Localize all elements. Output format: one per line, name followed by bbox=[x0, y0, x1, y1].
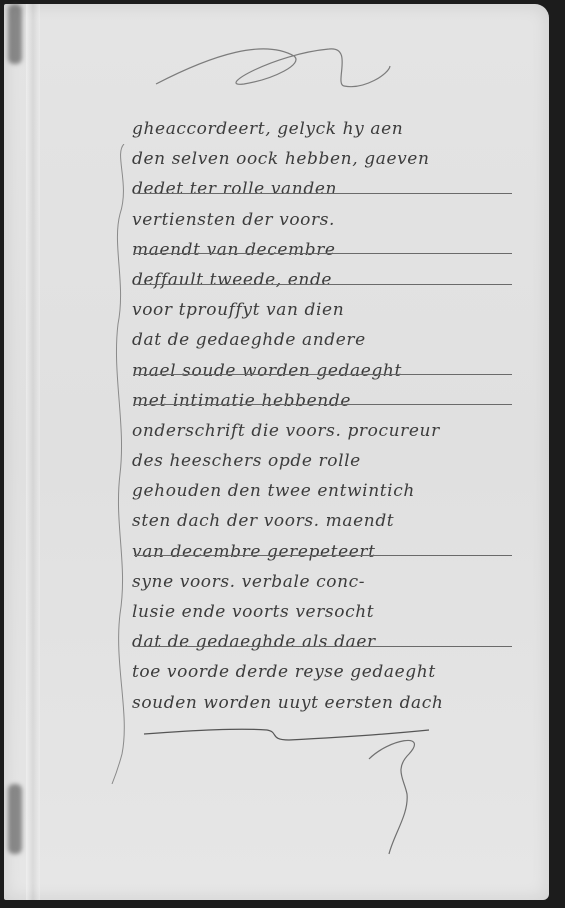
margin-brace-mark bbox=[108, 144, 132, 784]
text-line: lusie ende voorts versocht bbox=[132, 597, 552, 627]
text-line: toe voorde derde reyse gedaeght bbox=[132, 657, 552, 687]
text-line: sten dach der voors. maendt bbox=[132, 506, 552, 536]
top-flourish-mark bbox=[154, 44, 394, 94]
text-line: met intimatie hebbende bbox=[132, 386, 552, 416]
faded-bleedthrough-text bbox=[44, 304, 104, 704]
text-line: maendt van decembre bbox=[132, 235, 552, 265]
paper-sheet: gheaccordeert, gelyck hy aen den selven … bbox=[4, 4, 549, 900]
manuscript-scan: gheaccordeert, gelyck hy aen den selven … bbox=[0, 0, 565, 908]
text-line: onderschrift die voors. procureur bbox=[132, 416, 552, 446]
binding-stain bbox=[8, 784, 22, 854]
text-line: mael soude worden gedaeght bbox=[132, 356, 552, 386]
text-line: des heeschers opde rolle bbox=[132, 446, 552, 476]
binding-stain bbox=[8, 4, 22, 64]
text-line: dat de gedaeghde als daer bbox=[132, 627, 552, 657]
text-line: vertiensten der voors. bbox=[132, 205, 552, 235]
text-line: den selven oock hebben, gaeven bbox=[132, 144, 552, 174]
manuscript-text: gheaccordeert, gelyck hy aen den selven … bbox=[132, 114, 552, 718]
text-line: souden worden uuyt eersten dach bbox=[132, 688, 552, 718]
closing-rule-and-paraph bbox=[139, 724, 439, 874]
text-line: voor tprouffyt van dien bbox=[132, 295, 552, 325]
text-line: dat de gedaeghde andere bbox=[132, 325, 552, 355]
text-line: gheaccordeert, gelyck hy aen bbox=[132, 114, 552, 144]
text-line: gehouden den twee entwintich bbox=[132, 476, 552, 506]
text-line: dedet ter rolle vanden bbox=[132, 174, 552, 204]
text-line: deffault tweede, ende bbox=[132, 265, 552, 295]
text-line: van decembre gerepeteert bbox=[132, 537, 552, 567]
text-line: syne voors. verbale conc- bbox=[132, 567, 552, 597]
